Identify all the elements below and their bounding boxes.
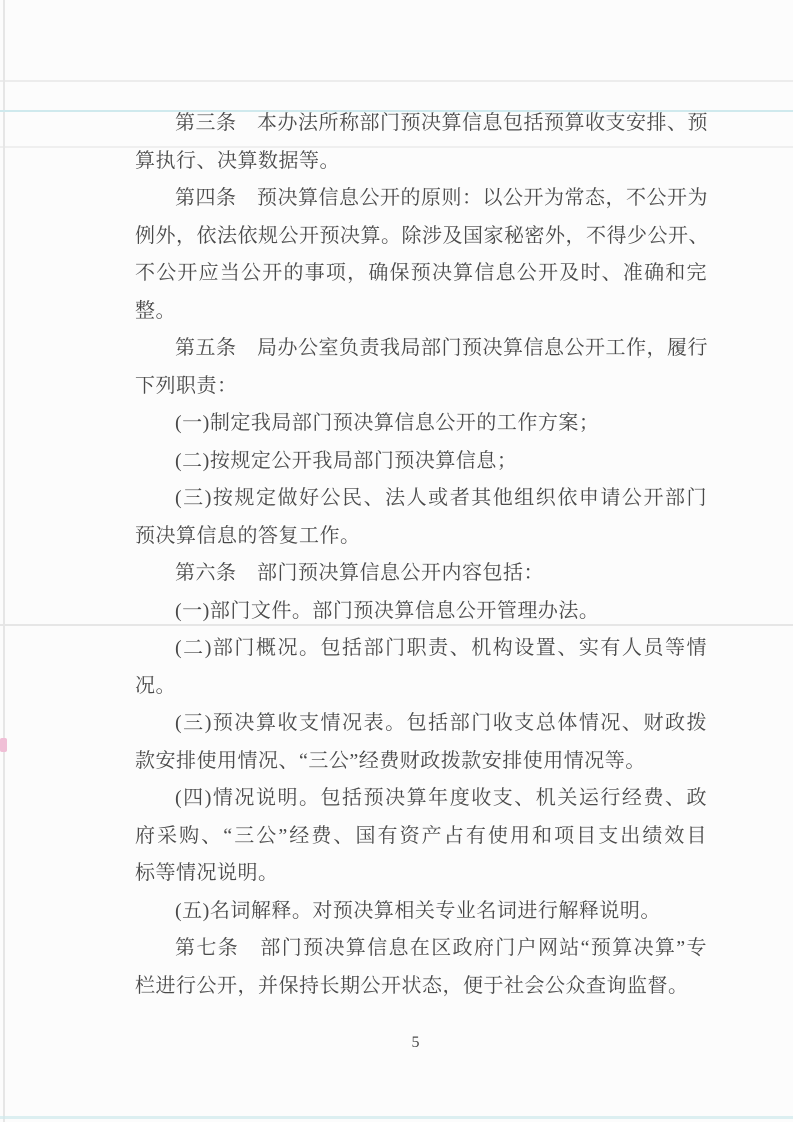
document-line: 款安排使用情况、“三公”经费财政拨款安排使用情况等。 bbox=[135, 743, 707, 781]
document-line: 不公开应当公开的事项，确保预决算信息公开及时、准确和完 bbox=[135, 255, 707, 293]
document-line: 第三条 本办法所称部门预决算信息包括预算收支安排、预 bbox=[135, 105, 707, 143]
page-left-edge-line bbox=[3, 0, 5, 1122]
scan-streak-artifact-bottom bbox=[0, 1116, 793, 1119]
document-line: (五)名词解释。对预决算相关专业名词进行解释说明。 bbox=[135, 893, 707, 931]
document-line: (一)制定我局部门预决算信息公开的工作方案； bbox=[135, 405, 707, 443]
document-line: 标等情况说明。 bbox=[135, 855, 707, 893]
document-line: 第四条 预决算信息公开的原则：以公开为常态，不公开为 bbox=[135, 180, 707, 218]
document-line: 况。 bbox=[135, 668, 707, 706]
page-number: 5 bbox=[0, 1034, 793, 1052]
document-line: 整。 bbox=[135, 293, 707, 331]
document-line: (二)部门概况。包括部门职责、机构设置、实有人员等情 bbox=[135, 630, 707, 668]
document-line: 第七条 部门预决算信息在区政府门户网站“预算决算”专 bbox=[135, 930, 707, 968]
document-line: (四)情况说明。包括预决算年度收支、机关运行经费、政 bbox=[135, 780, 707, 818]
document-line: 栏进行公开，并保持长期公开状态，便于社会公众查询监督。 bbox=[135, 968, 707, 1006]
document-line: (三)按规定做好公民、法人或者其他组织依申请公开部门 bbox=[135, 480, 707, 518]
document-line: 例外，依法依规公开预决算。除涉及国家秘密外，不得少公开、 bbox=[135, 218, 707, 256]
document-line: 第五条 局办公室负责我局部门预决算信息公开工作，履行 bbox=[135, 330, 707, 368]
scan-streak-artifact-top bbox=[0, 80, 793, 82]
scanned-document-page: 第三条 本办法所称部门预决算信息包括预算收支安排、预算执行、决算数据等。第四条 … bbox=[0, 0, 793, 1122]
document-line: 府采购、“三公”经费、国有资产占有使用和项目支出绩效目 bbox=[135, 818, 707, 856]
document-line: (一)部门文件。部门预决算信息公开管理办法。 bbox=[135, 593, 707, 631]
document-line: 下列职责： bbox=[135, 368, 707, 406]
document-line: 预决算信息的答复工作。 bbox=[135, 518, 707, 556]
document-line: 算执行、决算数据等。 bbox=[135, 143, 707, 181]
pink-scan-mark bbox=[0, 738, 7, 752]
document-line: (二)按规定公开我局部门预决算信息； bbox=[135, 443, 707, 481]
document-text-block: 第三条 本办法所称部门预决算信息包括预算收支安排、预算执行、决算数据等。第四条 … bbox=[135, 105, 707, 1005]
document-line: 第六条 部门预决算信息公开内容包括： bbox=[135, 555, 707, 593]
document-line: (三)预决算收支情况表。包括部门收支总体情况、财政拨 bbox=[135, 705, 707, 743]
